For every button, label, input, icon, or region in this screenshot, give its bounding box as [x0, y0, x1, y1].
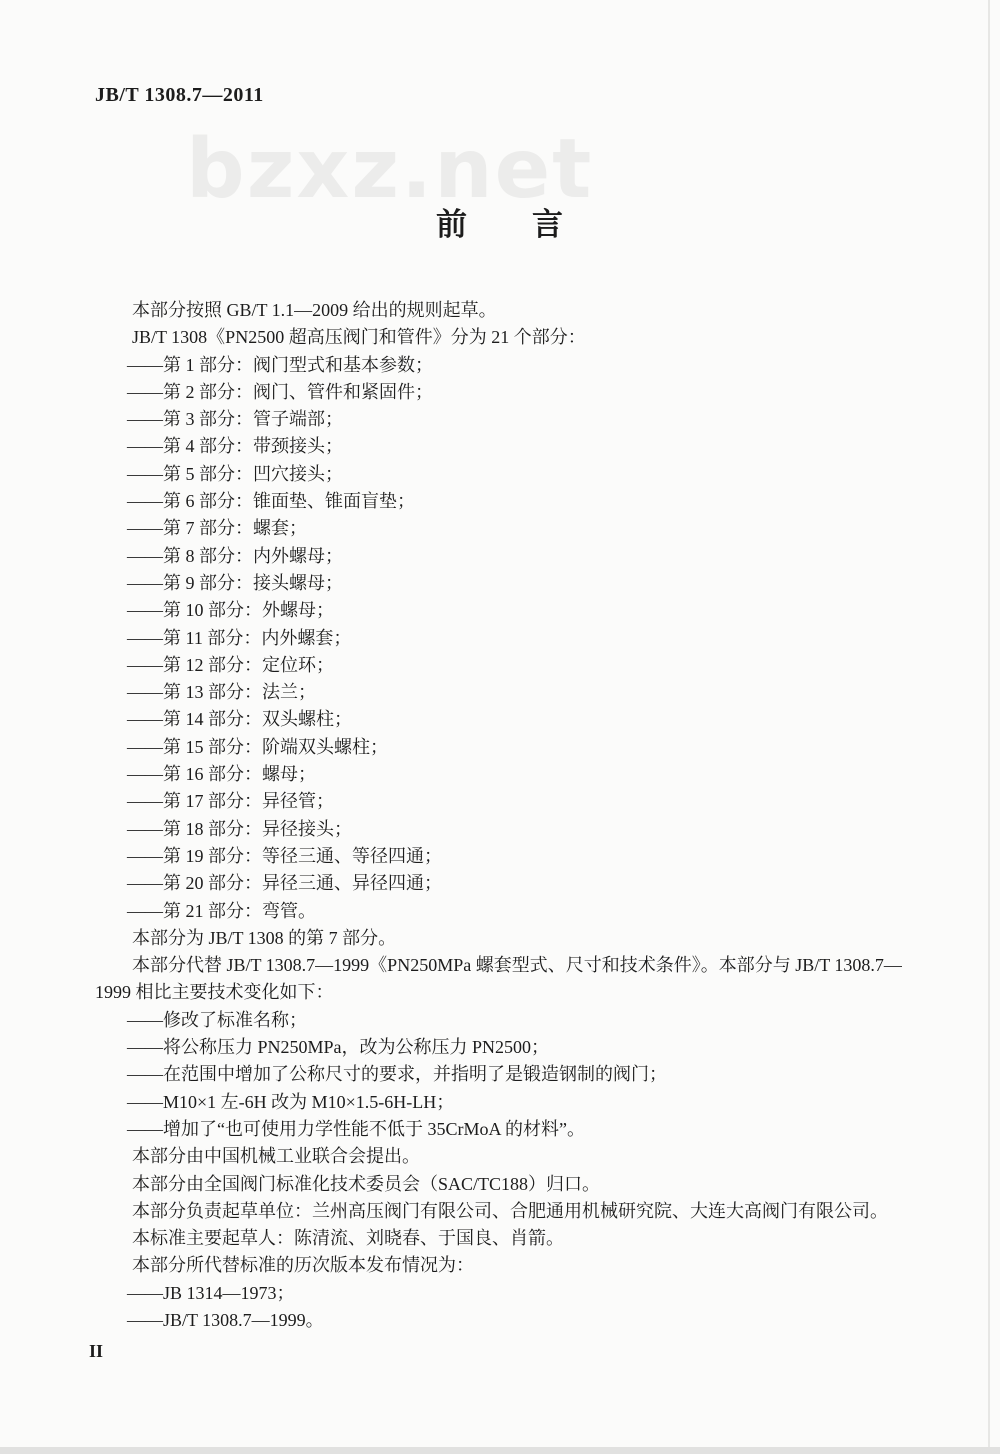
- text-line: ——第 7 部分：螺套；: [127, 515, 935, 542]
- standard-number: JB/T 1308.7—2011: [95, 84, 264, 107]
- text-line: ——第 14 部分：双头螺柱；: [127, 706, 935, 733]
- text-line: ——第 16 部分：螺母；: [127, 761, 935, 788]
- text-line: ——M10×1 左-6H 改为 M10×1.5-6H-LH；: [127, 1089, 935, 1116]
- text-line: 本部分负责起草单位：兰州高压阀门有限公司、合肥通用机械研究院、大连大高阀门有限公…: [95, 1198, 935, 1225]
- text-line: ——第 20 部分：异径三通、异径四通；: [127, 870, 935, 897]
- text-line: ——第 17 部分：异径管；: [127, 788, 935, 815]
- text-line: ——修改了标准名称；: [127, 1007, 935, 1034]
- text-line: ——在范围中增加了公称尺寸的要求，并指明了是锻造钢制的阀门；: [127, 1061, 935, 1088]
- text-line: ——第 19 部分：等径三通、等径四通；: [127, 843, 935, 870]
- text-line: ——第 8 部分：内外螺母；: [127, 543, 935, 570]
- text-line: ——第 9 部分：接头螺母；: [127, 570, 935, 597]
- text-line: ——第 1 部分：阀门型式和基本参数；: [127, 352, 935, 379]
- page-title: 前 言: [0, 199, 1000, 244]
- text-line: 本标准主要起草人：陈清流、刘晓春、于国良、肖箭。: [95, 1225, 935, 1252]
- text-line: ——第 3 部分：管子端部；: [127, 406, 935, 433]
- text-line: 本部分所代替标准的历次版本发布情况为：: [95, 1252, 935, 1279]
- text-line: ——将公称压力 PN250MPa，改为公称压力 PN2500；: [127, 1034, 935, 1061]
- document-page: JB/T 1308.7—2011 bzxz.net 前 言 本部分按照 GB/T…: [0, 0, 1000, 1454]
- text-line: 本部分按照 GB/T 1.1—2009 给出的规则起草。: [95, 297, 935, 324]
- text-line: ——第 15 部分：阶端双头螺柱；: [127, 734, 935, 761]
- page-number: II: [89, 1341, 103, 1362]
- text-line: ——第 2 部分：阀门、管件和紧固件；: [127, 379, 935, 406]
- text-line: ——JB/T 1308.7—1999。: [127, 1307, 935, 1334]
- text-line: ——第 11 部分：内外螺套；: [127, 625, 935, 652]
- text-line: 1999 相比主要技术变化如下：: [95, 979, 935, 1006]
- text-line: ——第 21 部分：弯管。: [127, 898, 935, 925]
- text-line: ——第 6 部分：锥面垫、锥面盲垫；: [127, 488, 935, 515]
- text-line: ——增加了“也可使用力学性能不低于 35CrMoA 的材料”。: [127, 1116, 935, 1143]
- foreword-body: 本部分按照 GB/T 1.1—2009 给出的规则起草。 JB/T 1308《P…: [95, 297, 935, 1334]
- text-line: ——第 4 部分：带颈接头；: [127, 433, 935, 460]
- text-line: ——第 12 部分：定位环；: [127, 652, 935, 679]
- text-line: ——第 13 部分：法兰；: [127, 679, 935, 706]
- scan-edge-right: [988, 0, 990, 1454]
- text-line: JB/T 1308《PN2500 超高压阀门和管件》分为 21 个部分：: [95, 324, 935, 351]
- text-line: 本部分由中国机械工业联合会提出。: [95, 1143, 935, 1170]
- text-line: 本部分由全国阀门标准化技术委员会（SAC/TC188）归口。: [95, 1171, 935, 1198]
- text-line: ——第 10 部分：外螺母；: [127, 597, 935, 624]
- text-line: 本部分代替 JB/T 1308.7—1999《PN250MPa 螺套型式、尺寸和…: [95, 952, 935, 979]
- text-line: ——第 18 部分：异径接头；: [127, 816, 935, 843]
- text-line: ——第 5 部分：凹穴接头；: [127, 461, 935, 488]
- text-line: ——JB 1314—1973；: [127, 1280, 935, 1307]
- text-line: 本部分为 JB/T 1308 的第 7 部分。: [95, 925, 935, 952]
- scan-edge-bottom: [0, 1447, 1000, 1454]
